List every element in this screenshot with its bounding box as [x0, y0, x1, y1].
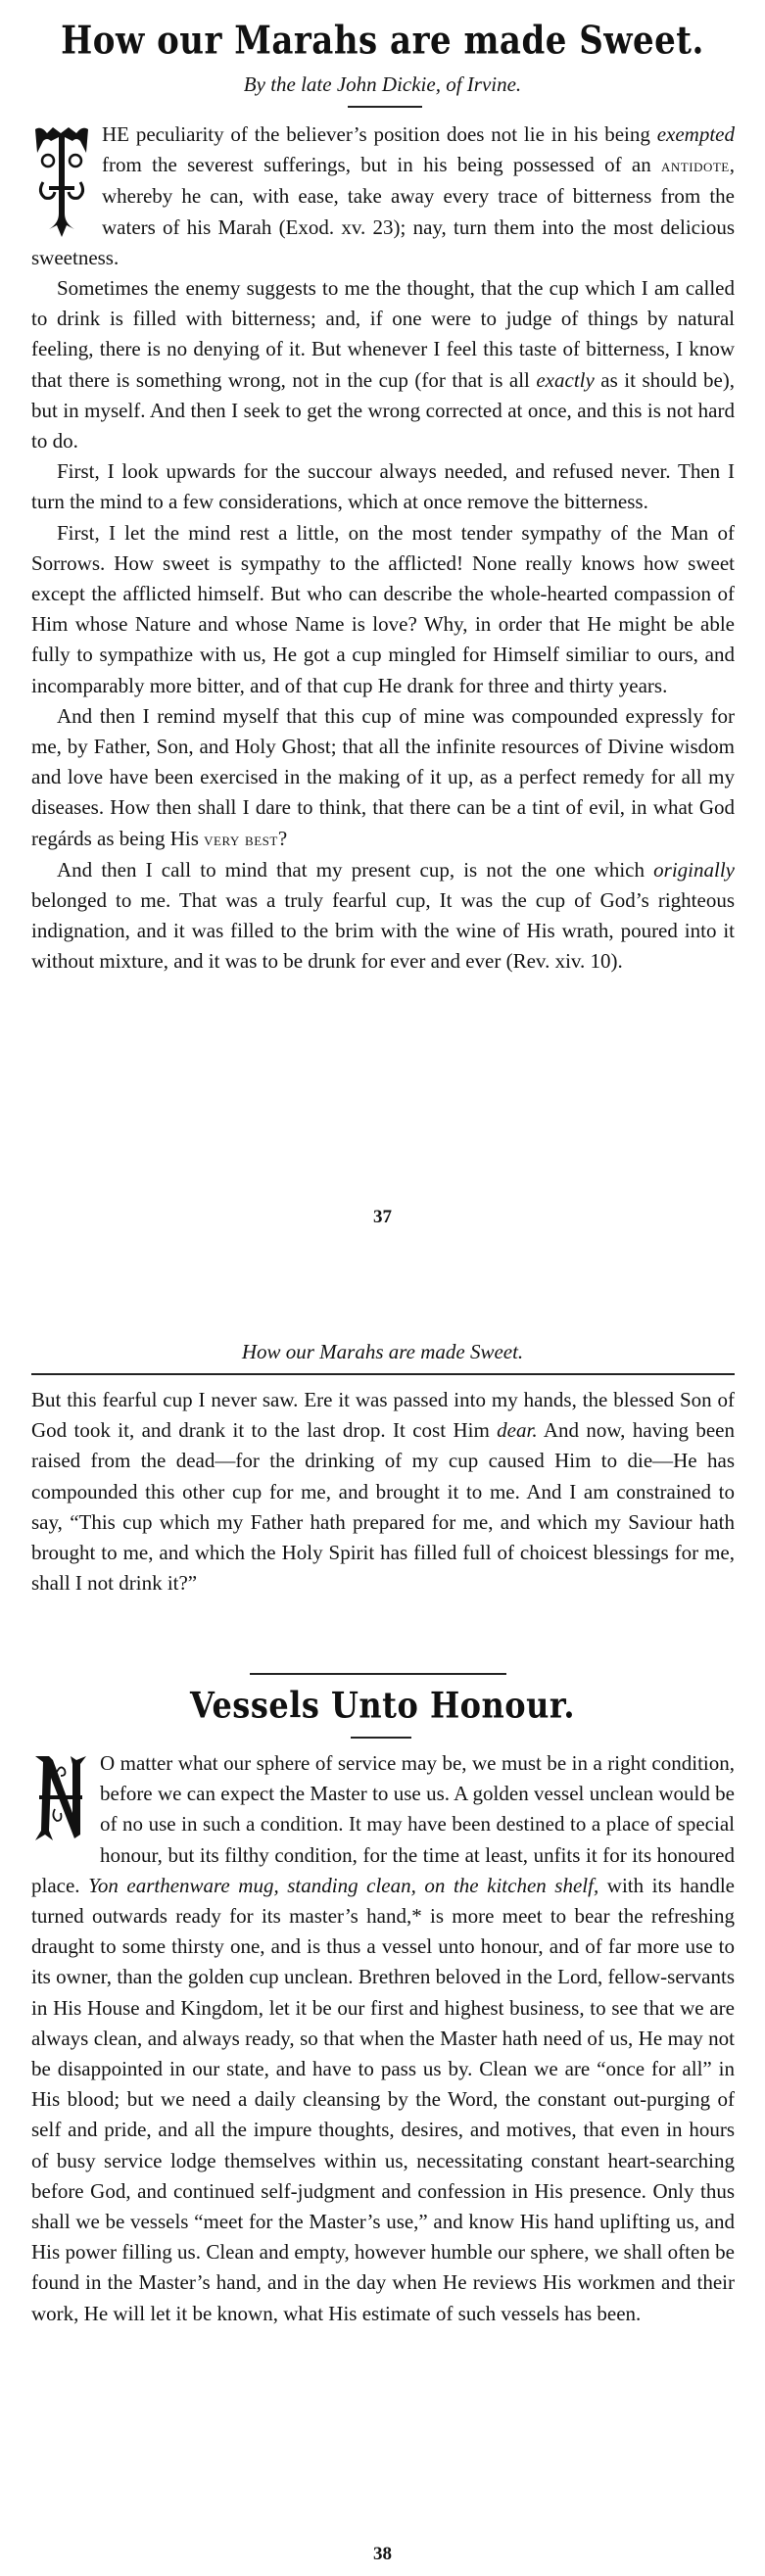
- emphasis-originally: originally: [653, 858, 735, 882]
- paragraph-6: And then I call to mind that my present …: [31, 855, 735, 978]
- page-38-body: But this fearful cup I never saw. Ere it…: [31, 1385, 735, 1598]
- section-divider: [250, 1673, 506, 1675]
- title-divider: [348, 106, 422, 108]
- page-38: How our Marahs are made Sweet. But this …: [0, 1273, 765, 2576]
- article-2-body: O matter what our sphere of service may …: [31, 1748, 735, 2329]
- running-header: How our Marahs are made Sweet.: [0, 1340, 765, 1364]
- emphasis-exactly: exactly: [536, 368, 594, 392]
- paragraph-3: First, I look upwards for the succour al…: [31, 456, 735, 517]
- header-rule: [31, 1373, 735, 1375]
- title-2-divider: [351, 1737, 411, 1739]
- small-caps-antidote: antidote: [661, 156, 730, 176]
- page-number: 37: [0, 1207, 765, 1228]
- page-37: How our Marahs are made Sweet. By the la…: [0, 0, 765, 1273]
- article-2-title: Vessels Unto Honour.: [0, 1684, 765, 1727]
- emphasis-exempted: exempted: [657, 122, 735, 146]
- emphasis-dear: dear.: [497, 1418, 537, 1442]
- page-37-body: HE peculiarity of the believer’s positio…: [31, 119, 735, 978]
- small-caps-very-best: very best: [204, 830, 278, 850]
- paragraph-1: HE peculiarity of the believer’s positio…: [31, 119, 735, 273]
- paragraph-2: Sometimes the enemy suggests to me the t…: [31, 273, 735, 456]
- ornamental-dropcap-t-icon: [31, 123, 92, 239]
- paragraph-4: First, I let the mind rest a little, on …: [31, 518, 735, 701]
- article-byline: By the late John Dickie, of Irvine.: [0, 72, 765, 97]
- paragraph-5: And then I remind myself that this cup o…: [31, 701, 735, 855]
- article-2-paragraph: O matter what our sphere of service may …: [31, 1748, 735, 2329]
- continuation-paragraph: But this fearful cup I never saw. Ere it…: [31, 1385, 735, 1598]
- ornamental-dropcap-n-icon: [31, 1752, 90, 1842]
- page-number: 38: [0, 2544, 765, 2565]
- emphasis-earthenware-mug: Yon earthenware mug, standing clean, on …: [88, 1874, 598, 1897]
- article-title: How our Marahs are made Sweet.: [0, 19, 765, 64]
